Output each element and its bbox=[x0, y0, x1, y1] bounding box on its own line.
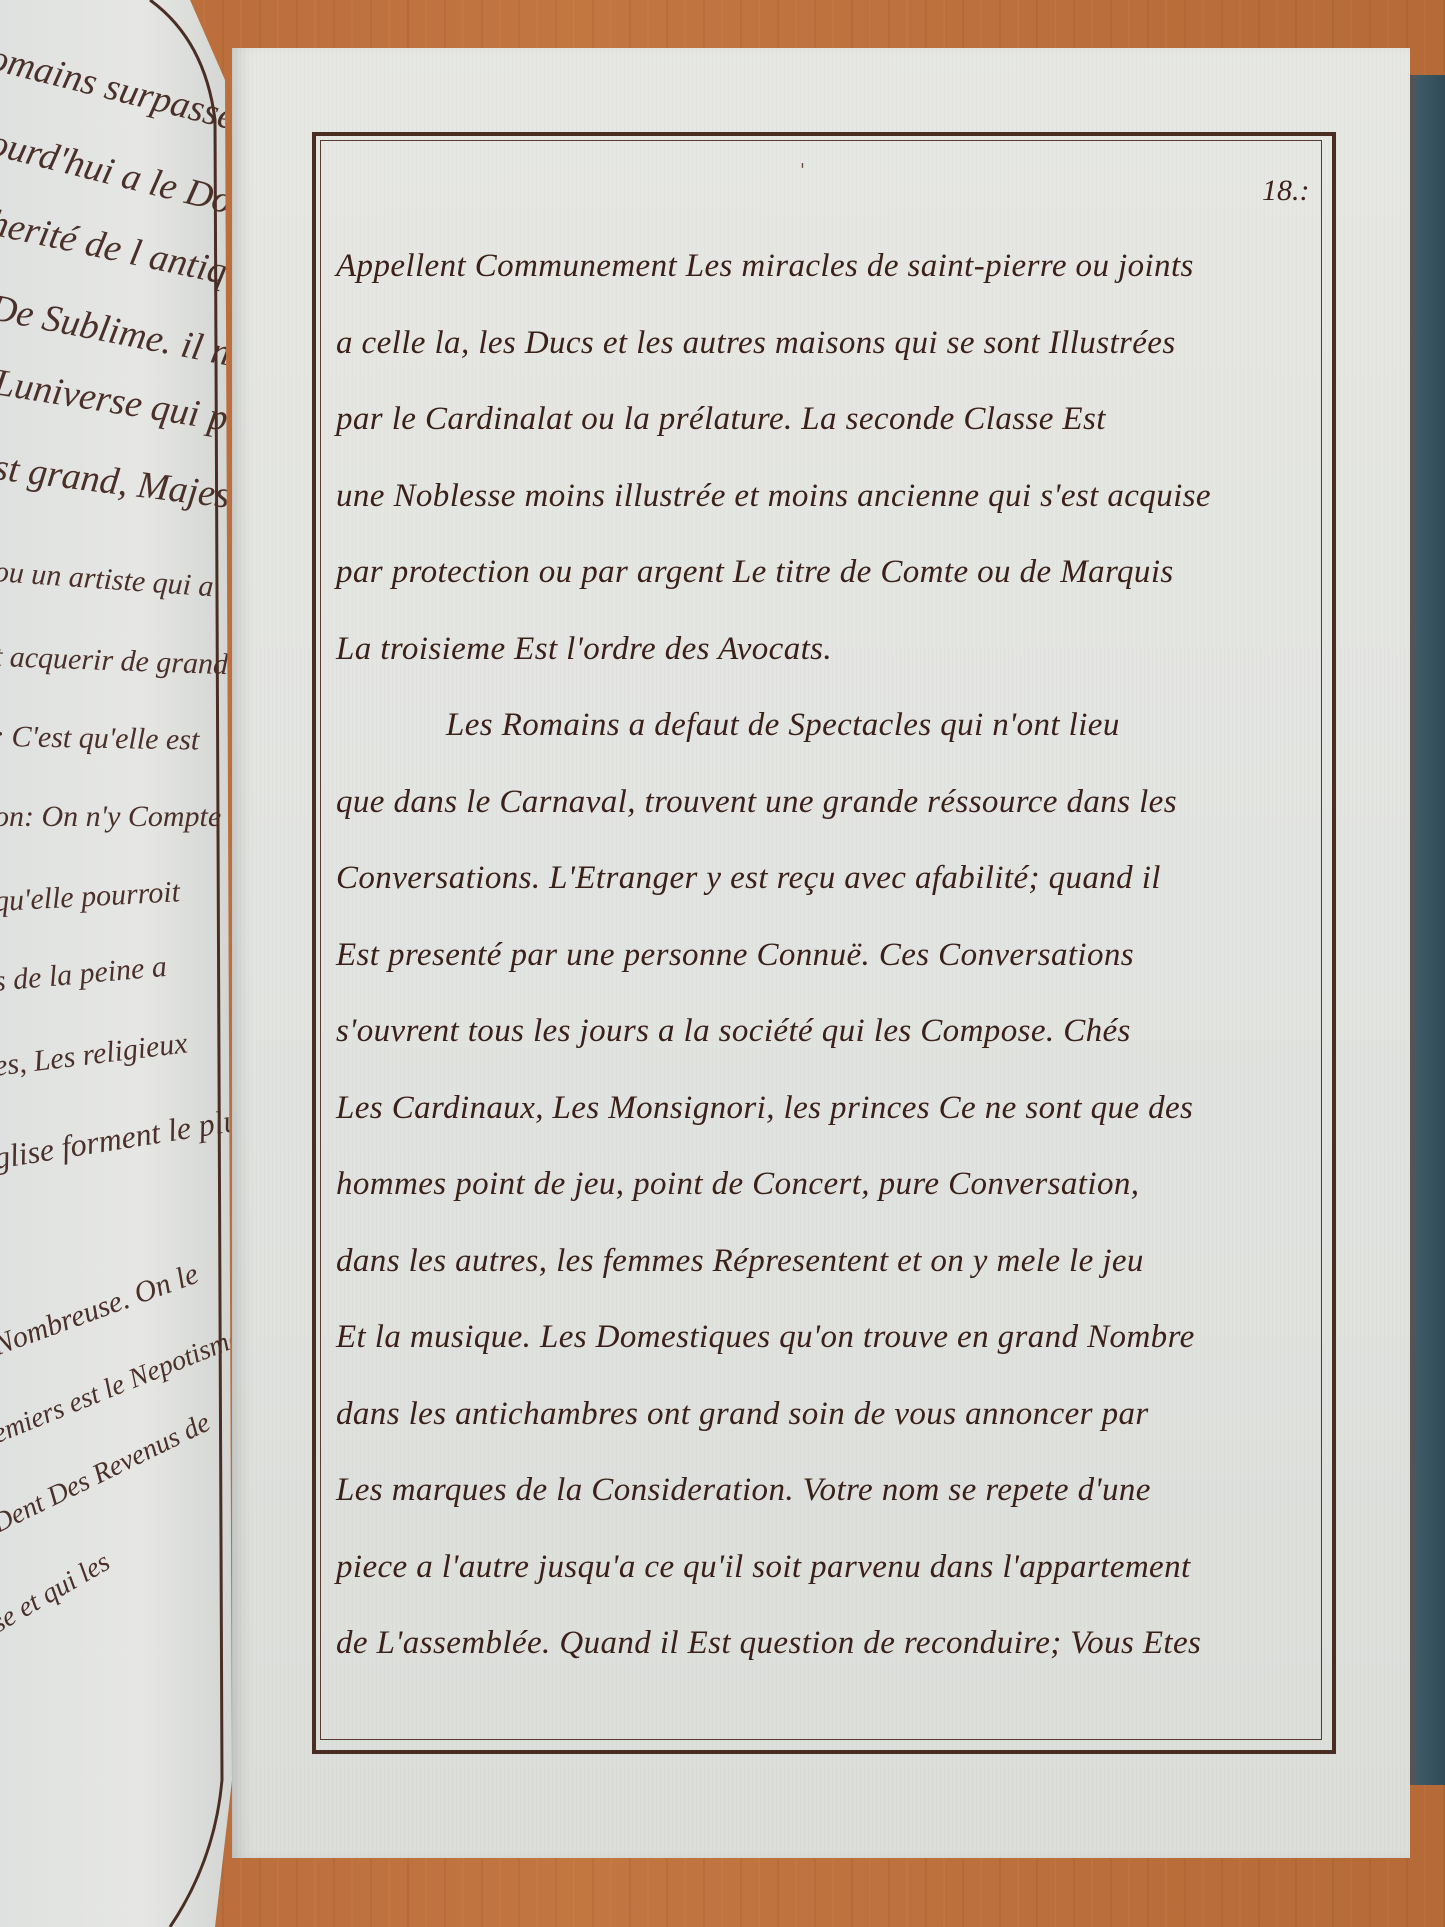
text-line: par protection ou par argent Le titre de… bbox=[336, 534, 1316, 611]
left-page-line: t acquerir de grands bbox=[0, 640, 240, 683]
text-line: a celle la, les Ducs et les autres maiso… bbox=[336, 305, 1316, 382]
text-line: Les marques de la Consideration. Votre n… bbox=[336, 1452, 1316, 1529]
left-page-line: se et qui les bbox=[0, 1546, 116, 1639]
text-line: Conversations. L'Etranger y est reçu ave… bbox=[336, 840, 1316, 917]
left-page: omains surpasse ourd'hui a le Dou herité… bbox=[0, 0, 237, 1927]
paragraph-start-line: Les Romains a defaut de Spectacles qui n… bbox=[336, 687, 1316, 764]
text-line: piece a l'autre jusqu'a ce qu'il soit pa… bbox=[336, 1529, 1316, 1606]
text-line: Appellent Communement Les miracles de sa… bbox=[336, 228, 1316, 305]
left-page-line: ; C'est qu'elle est bbox=[0, 720, 200, 758]
text-line: que dans le Carnaval, trouvent une grand… bbox=[336, 764, 1316, 841]
text-line: hommes point de jeu, point de Concert, p… bbox=[336, 1146, 1316, 1223]
text-line: Les Cardinaux, Les Monsignori, les princ… bbox=[336, 1070, 1316, 1147]
left-page-line: glise forment le plus bbox=[0, 1099, 254, 1176]
text-line: de L'assemblée. Quand il Est question de… bbox=[336, 1605, 1316, 1682]
manuscript-text: Appellent Communement Les miracles de sa… bbox=[336, 228, 1316, 1682]
text-line: une Noblesse moins illustrée et moins an… bbox=[336, 458, 1316, 535]
text-line: Et la musique. Les Domestiques qu'on tro… bbox=[336, 1299, 1316, 1376]
left-page-line: s de la peine a bbox=[0, 950, 168, 999]
left-page-line: qu'elle pourroit bbox=[0, 875, 181, 919]
text-line: Est presenté par une personne Connuë. Ce… bbox=[336, 917, 1316, 994]
text-line: dans les antichambres ont grand soin de … bbox=[336, 1376, 1316, 1453]
text-line: dans les autres, les femmes Répresentent… bbox=[336, 1223, 1316, 1300]
text-line: s'ouvrent tous les jours a la société qu… bbox=[336, 993, 1316, 1070]
text-line: La troisieme Est l'ordre des Avocats. bbox=[336, 611, 1316, 688]
text-line: par le Cardinalat ou la prélature. La se… bbox=[336, 381, 1316, 458]
ink-mark: ' bbox=[800, 160, 805, 181]
left-page-line: omains surpasse bbox=[0, 36, 240, 140]
page-number: 18.: bbox=[1262, 174, 1310, 208]
manuscript-page: ' 18.: Appellent Communement Les miracle… bbox=[232, 48, 1410, 1858]
left-page-line: on: On n'y Compte bbox=[0, 800, 221, 834]
left-page-line: es, Les religieux bbox=[0, 1026, 189, 1083]
left-page-line: ou un artiste qui a bbox=[0, 555, 215, 604]
